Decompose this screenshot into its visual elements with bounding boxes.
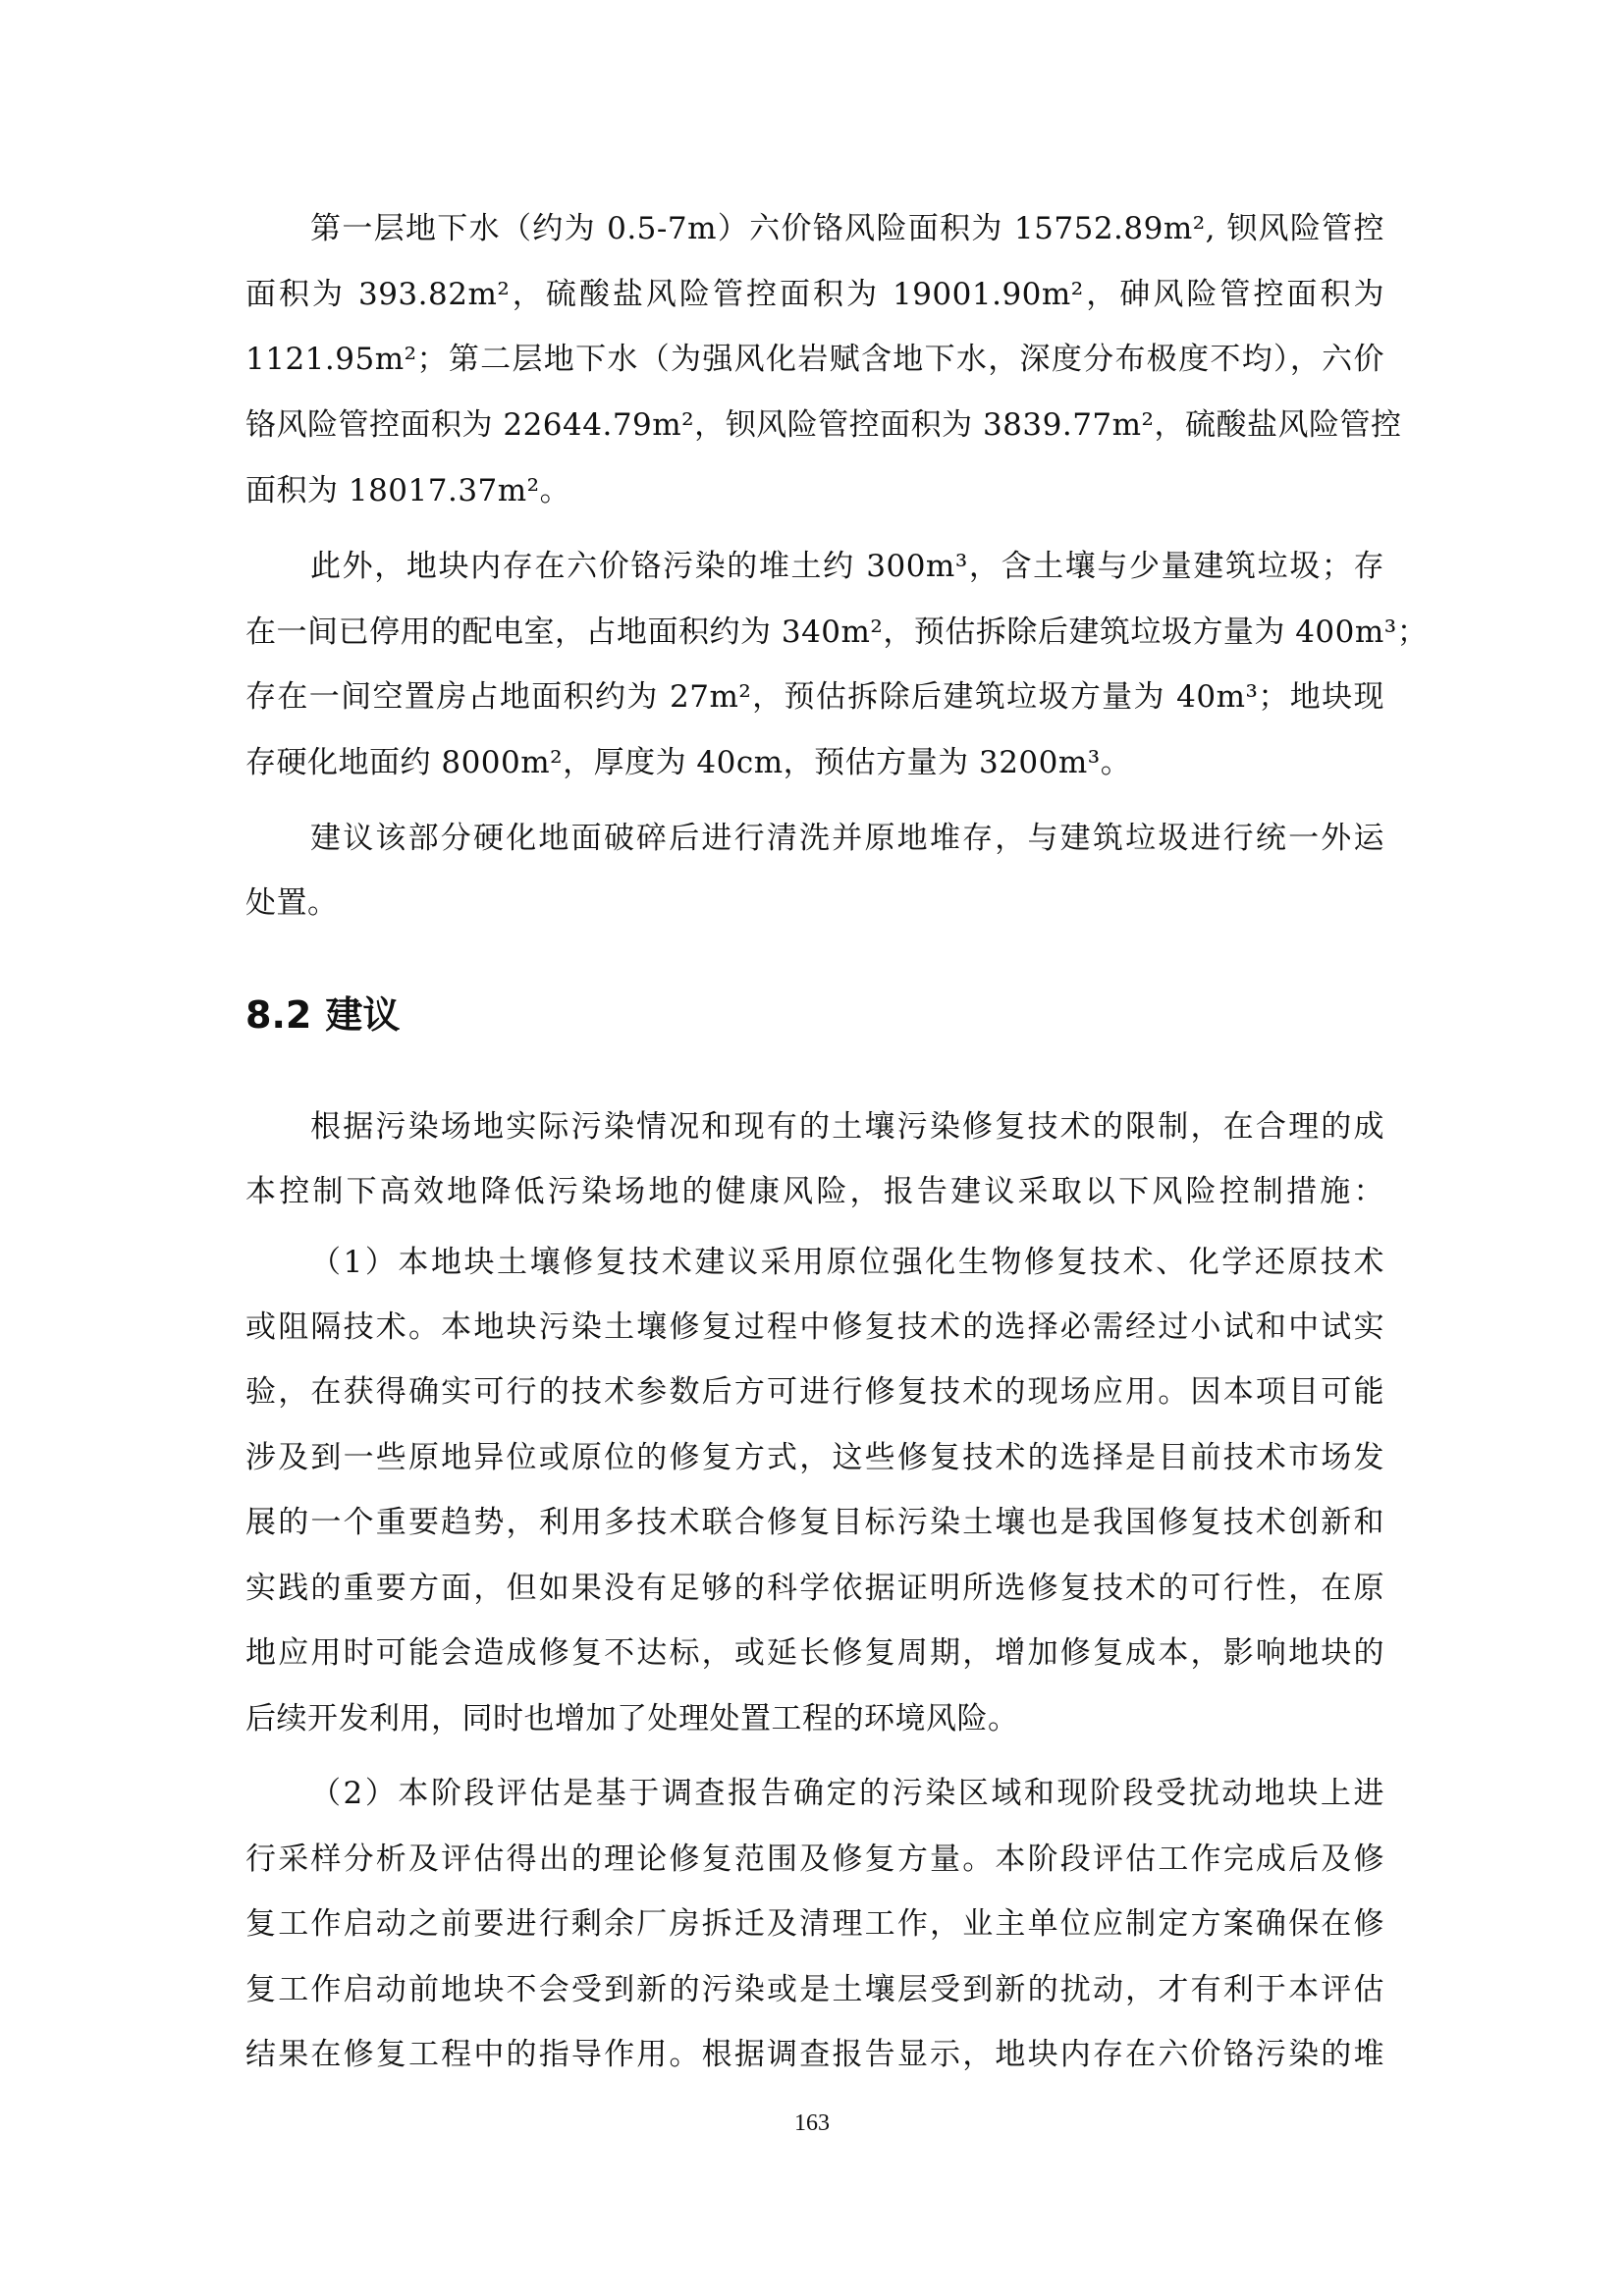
- paragraph-line: 在一间已停用的配电室，占地面积约为 340m²，预估拆除后建筑垃圾方量为 400…: [245, 613, 1384, 652]
- paragraph-line: 实践的重要方面，但如果没有足够的科学依据证明所选修复技术的可行性，在原: [245, 1569, 1384, 1608]
- paragraph-line: 根据污染场地实际污染情况和现有的土壤污染修复技术的限制，在合理的成: [310, 1107, 1384, 1147]
- paragraph-line: 结果在修复工程中的指导作用。根据调查报告显示，地块内存在六价铬污染的堆: [245, 2035, 1384, 2074]
- document-page: 第一层地下水（约为 0.5-7m）六价铬风险面积为 15752.89m², 钡风…: [0, 0, 1624, 2296]
- paragraph-line: 地应用时可能会造成修复不达标，或延长修复周期，增加修复成本，影响地块的: [245, 1633, 1384, 1673]
- paragraph-line: 展的一个重要趋势，利用多技术联合修复目标污染土壤也是我国修复技术创新和: [245, 1503, 1384, 1542]
- paragraph-line: 面积为 18017.37m²。: [245, 471, 1384, 510]
- paragraph-line: 存硬化地面约 8000m²，厚度为 40cm，预估方量为 3200m³。: [245, 743, 1384, 782]
- paragraph-line: 第一层地下水（约为 0.5-7m）六价铬风险面积为 15752.89m², 钡风…: [310, 209, 1384, 248]
- paragraph-line: 行采样分析及评估得出的理论修复范围及修复方量。本阶段评估工作完成后及修: [245, 1840, 1384, 1879]
- paragraph-line: 处置。: [245, 883, 1384, 923]
- page-number: 163: [0, 2110, 1624, 2137]
- paragraph-line: 或阻隔技术。本地块污染土壤修复过程中修复技术的选择必需经过小试和中试实: [245, 1308, 1384, 1347]
- paragraph-line: 铬风险管控面积为 22644.79m²，钡风险管控面积为 3839.77m²，硫…: [245, 405, 1384, 445]
- section-title: 建议: [325, 993, 400, 1037]
- paragraph-line: 验，在获得确实可行的技术参数后方可进行修复技术的现场应用。因本项目可能: [245, 1372, 1384, 1412]
- paragraph-line: 复工作启动之前要进行剩余厂房拆迁及清理工作，业主单位应制定方案确保在修: [245, 1904, 1384, 1944]
- paragraph-line: 本控制下高效地降低污染场地的健康风险，报告建议采取以下风险控制措施：: [245, 1172, 1384, 1211]
- paragraph-line: 建议该部分硬化地面破碎后进行清洗并原地堆存，与建筑垃圾进行统一外运: [310, 819, 1384, 858]
- section-heading: 8.2建议: [245, 991, 400, 1039]
- paragraph-line: 此外，地块内存在六价铬污染的堆土约 300m³，含土壤与少量建筑垃圾；存: [310, 547, 1384, 586]
- paragraph-line: （1）本地块土壤修复技术建议采用原位强化生物修复技术、化学还原技术: [310, 1243, 1384, 1282]
- section-number: 8.2: [245, 993, 311, 1037]
- paragraph-line: 面积为 393.82m²，硫酸盐风险管控面积为 19001.90m²，砷风险管控…: [245, 275, 1384, 314]
- paragraph-line: 复工作启动前地块不会受到新的污染或是土壤层受到新的扰动，才有利于本评估: [245, 1970, 1384, 2009]
- paragraph-line: 1121.95m²；第二层地下水（为强风化岩赋含地下水，深度分布极度不均），六价: [245, 340, 1384, 379]
- paragraph-line: 后续开发利用，同时也增加了处理处置工程的环境风险。: [245, 1699, 1384, 1738]
- paragraph-line: 涉及到一些原地异位或原位的修复方式，这些修复技术的选择是目前技术市场发: [245, 1438, 1384, 1477]
- paragraph-line: 存在一间空置房占地面积约为 27m²，预估拆除后建筑垃圾方量为 40m³；地块现: [245, 677, 1384, 717]
- paragraph-line: （2）本阶段评估是基于调查报告确定的污染区域和现阶段受扰动地块上进: [310, 1774, 1384, 1813]
